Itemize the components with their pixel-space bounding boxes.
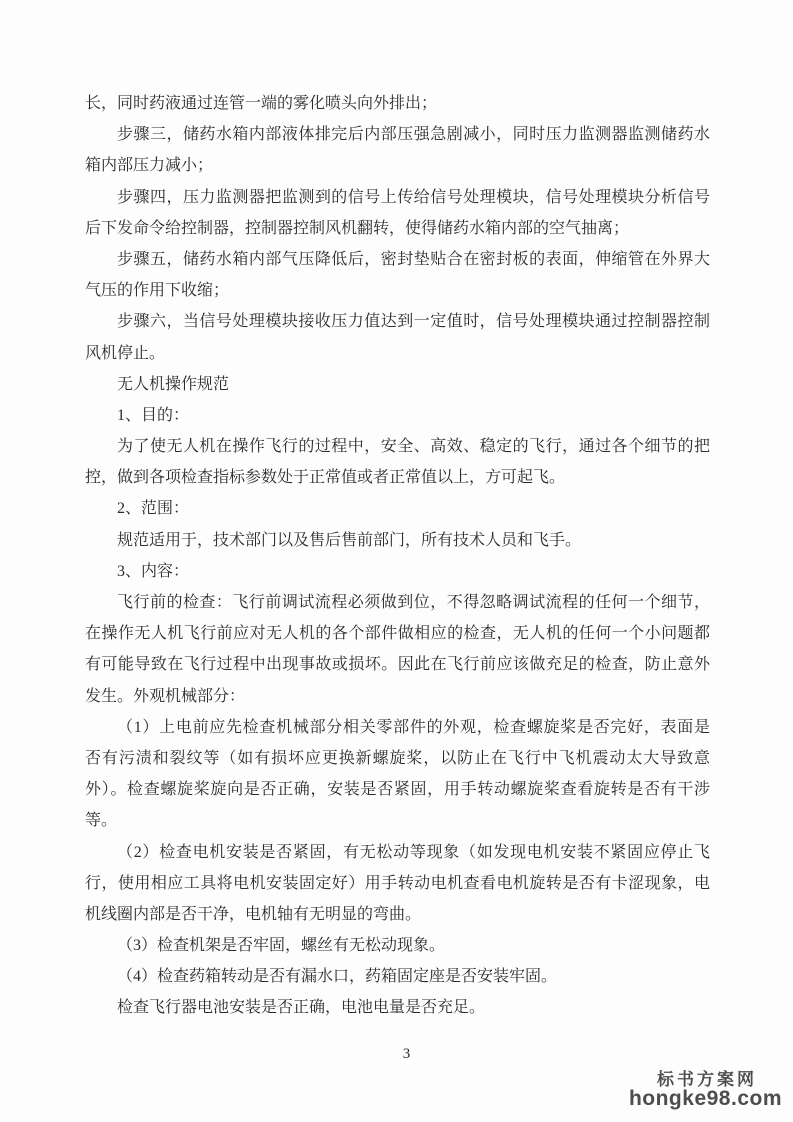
text-line: 步骤三，储药水箱内部液体排完后内部压强急剧减小，同时压力监测器监测储药水 [85,119,710,150]
watermark-site-url: hongke98.com [629,1089,782,1109]
text-line: 机线圈内部是否干净，电机轴有无明显的弯曲。 [85,899,710,930]
document-body: 长，同时药液通过连管一端的雾化喷头向外排出；步骤三，储药水箱内部液体排完后内部压… [85,88,710,1024]
text-line: 1、目的： [85,400,710,431]
watermark-site-name: 标书方案网 [629,1071,785,1088]
text-line: 为了使无人机在操作飞行的过程中，安全、高效、稳定的飞行，通过各个细节的把 [85,431,710,462]
text-line: 发生。外观机械部分： [85,681,710,712]
text-line: 3、内容： [85,556,710,587]
text-line: 行，使用相应工具将电机安装固定好）用手转动电机查看电机旋转是否有卡涩现象，电 [85,868,710,899]
text-line: 在操作无人机飞行前应对无人机的各个部件做相应的检查，无人机的任何一个小问题都 [85,618,710,649]
text-line: （4）检查药箱转动是否有漏水口，药箱固定座是否安装牢固。 [85,961,710,992]
text-line: 箱内部压力减小； [85,150,710,181]
text-line: 步骤六，当信号处理模块接收压力值达到一定值时，信号处理模块通过控制器控制 [85,306,710,337]
watermark-logo: 标书方案网 hongke98.com [629,1071,782,1109]
text-line: 2、范围： [85,493,710,524]
document-page: 长，同时药液通过连管一端的雾化喷头向外排出；步骤三，储药水箱内部液体排完后内部压… [0,0,793,1122]
text-line: 检查飞行器电池安装是否正确，电池电量是否充足。 [85,992,710,1023]
text-line: 规范适用于，技术部门以及售后售前部门，所有技术人员和飞手。 [85,525,710,556]
text-line: 后下发命令给控制器，控制器控制风机翻转，使得储药水箱内部的空气抽离； [85,213,710,244]
text-line: 有可能导致在飞行过程中出现事故或损坏。因此在飞行前应该做充足的检查，防止意外 [85,649,710,680]
text-line: （3）检查机架是否牢固，螺丝有无松动现象。 [85,930,710,961]
text-line: 步骤四，压力监测器把监测到的信号上传给信号处理模块，信号处理模块分析信号 [85,182,710,213]
text-line: 气压的作用下收缩； [85,275,710,306]
page-number: 3 [20,1045,793,1063]
text-line: 外）。检查螺旋桨旋向是否正确，安装是否紧固，用手转动螺旋桨查看旋转是否有干涉 [85,774,710,805]
text-line: （2）检查电机安装是否紧固，有无松动等现象（如发现电机安装不紧固应停止飞 [85,837,710,868]
text-line: 长，同时药液通过连管一端的雾化喷头向外排出； [85,88,710,119]
text-line: 风机停止。 [85,338,710,369]
text-line: 否有污渍和裂纹等（如有损坏应更换新螺旋桨，以防止在飞行中飞机震动太大导致意 [85,743,710,774]
text-line: （1）上电前应先检查机械部分相关零部件的外观，检查螺旋桨是否完好，表面是 [85,712,710,743]
text-line: 控，做到各项检查指标参数处于正常值或者正常值以上，方可起飞。 [85,462,710,493]
text-line: 步骤五，储药水箱内部气压降低后，密封垫贴合在密封板的表面，伸缩管在外界大 [85,244,710,275]
text-line: 等。 [85,805,710,836]
text-line: 飞行前的检查：飞行前调试流程必须做到位，不得忽略调试流程的任何一个细节， [85,587,710,618]
text-line: 无人机操作规范 [85,369,710,400]
